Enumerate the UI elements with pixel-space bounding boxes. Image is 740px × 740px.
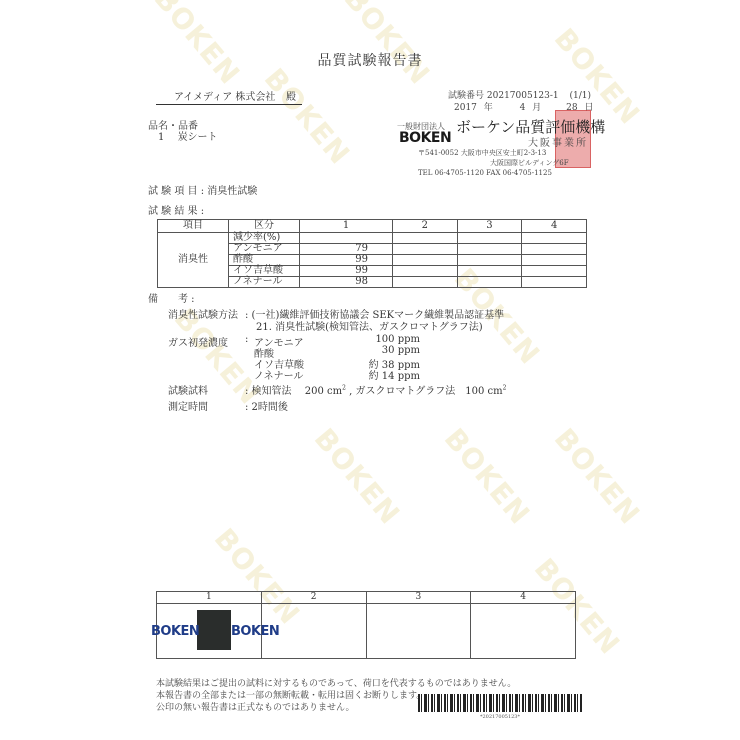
product-number: 1 — [158, 132, 164, 143]
method-label: 消臭性試験方法 — [168, 306, 238, 321]
boken-logo-left: BOKEN — [151, 624, 199, 639]
gas-colon: : — [245, 334, 248, 345]
table-row: 消臭性 減少率(%) — [158, 233, 587, 244]
category-cell: 消臭性 — [158, 233, 229, 288]
gas-concentration: 30 ppm — [345, 345, 420, 356]
photo-cell-4 — [471, 604, 576, 659]
value-cell — [393, 266, 458, 277]
header-item: 項目 — [158, 220, 229, 233]
date-month-unit: 月 — [532, 103, 541, 113]
value-cell — [393, 233, 458, 244]
photo-header: 2 — [261, 592, 366, 604]
sub-cell: 酢酸 — [229, 255, 300, 266]
test-results-label: 試 験 結 果 : — [148, 202, 204, 217]
value-cell — [522, 266, 587, 277]
value-cell — [522, 277, 587, 288]
test-item-value: 消臭性試験 — [207, 186, 257, 197]
remarks-label: 備 考 : — [148, 290, 195, 305]
value-cell — [522, 244, 587, 255]
value-cell — [457, 266, 522, 277]
time-label: 測定時間 — [168, 398, 208, 413]
photo-cell-2 — [261, 604, 366, 659]
addressee-company: アイメディア 株式会社 — [174, 88, 275, 103]
photo-header-row: 1 2 3 4 — [157, 592, 576, 604]
photo-header: 3 — [366, 592, 471, 604]
method-line-2: 21. 消臭性試験(検知管法、ガスクロマトグラフ法) — [256, 318, 483, 333]
photo-row: BOKEN BOKEN — [157, 604, 576, 659]
results-table: 項目 区分 1 2 3 4 消臭性 減少率(%) アンモニア 79 酢酸 99 — [157, 219, 587, 288]
footer-line-3: 公印の無い報告書は正式なものではありません。 — [156, 700, 355, 713]
watermark: BOKEN — [308, 422, 407, 531]
photo-cell-1: BOKEN BOKEN — [157, 604, 262, 659]
sample-label: 試験試料 — [168, 382, 208, 397]
value-cell — [393, 255, 458, 266]
barcode-text: *20217005123* — [418, 714, 582, 720]
addressee: アイメディア 株式会社 殿 — [156, 88, 302, 105]
photo-header: 1 — [157, 592, 262, 604]
value-cell: 99 — [300, 266, 393, 277]
sub-cell: ノネナール — [229, 277, 300, 288]
sample-detection-tube: : 検知管法 200 cm — [245, 386, 342, 397]
sub-cell: イソ吉草酸 — [229, 266, 300, 277]
sample-swatch — [197, 610, 231, 650]
value-cell — [393, 277, 458, 288]
date-month: 4 — [520, 103, 526, 113]
value-cell — [457, 277, 522, 288]
value-cell: 79 — [300, 244, 393, 255]
results-header-row: 項目 区分 1 2 3 4 — [158, 220, 587, 233]
addressee-honorific: 殿 — [286, 88, 296, 103]
issuer-address: 〒541-0052 大阪市中央区安土町2-3-13 — [418, 148, 546, 158]
value-cell — [522, 233, 587, 244]
value-cell — [522, 255, 587, 266]
watermark: BOKEN — [338, 0, 437, 91]
gas-concentration: 約 14 ppm — [345, 367, 420, 382]
header-category: 区分 — [229, 220, 300, 233]
value-cell — [457, 233, 522, 244]
watermark: BOKEN — [148, 0, 247, 91]
value-cell — [457, 244, 522, 255]
unit-superscript: 2 — [503, 385, 507, 392]
value-cell: 99 — [300, 255, 393, 266]
issuer-tel-fax: TEL 06-4705-1120 FAX 06-4705-1125 — [418, 169, 552, 177]
header-col-3: 3 — [457, 220, 522, 233]
test-item: 試 験 項 目 : 消臭性試験 — [148, 182, 257, 197]
watermark: BOKEN — [438, 422, 537, 531]
value-cell — [457, 255, 522, 266]
barcode — [418, 694, 582, 712]
product-name: 炭シート — [178, 132, 218, 143]
photo-header: 4 — [471, 592, 576, 604]
watermark: BOKEN — [548, 422, 647, 531]
gas-label: ガス初発濃度 — [168, 334, 228, 349]
sample-gas-chromatograph: , ガスクロマトグラフ法 100 cm — [346, 386, 503, 397]
gas-name: ノネナール — [254, 367, 303, 382]
test-item-label: 試 験 項 目 : — [148, 186, 204, 197]
header-col-4: 4 — [522, 220, 587, 233]
date-year-unit: 年 — [484, 103, 493, 113]
gas-concentration: 100 ppm — [345, 334, 420, 345]
header-col-1: 1 — [300, 220, 393, 233]
value-cell: 98 — [300, 277, 393, 288]
photo-cell-3 — [366, 604, 471, 659]
header-col-2: 2 — [393, 220, 458, 233]
time-value: : 2時間後 — [245, 398, 288, 413]
date-year: 2017 — [454, 103, 477, 113]
value-cell — [393, 244, 458, 255]
sub-cell: 減少率(%) — [229, 233, 300, 244]
boken-logo: BOKEN — [399, 130, 451, 146]
document-title: 品質試験報告書 — [0, 50, 740, 70]
watermark: BOKEN — [258, 62, 357, 171]
photo-table: 1 2 3 4 BOKEN BOKEN — [156, 591, 576, 659]
sub-cell: アンモニア — [229, 244, 300, 255]
product-item: 1 炭シート — [158, 128, 218, 143]
issuer-building: 大阪国際ビルディング6F — [490, 158, 569, 168]
value-cell — [300, 233, 393, 244]
sample-value: : 検知管法 200 cm2 , ガスクロマトグラフ法 100 cm2 — [245, 382, 506, 397]
issuer-office: 大阪事業所 — [528, 134, 588, 149]
